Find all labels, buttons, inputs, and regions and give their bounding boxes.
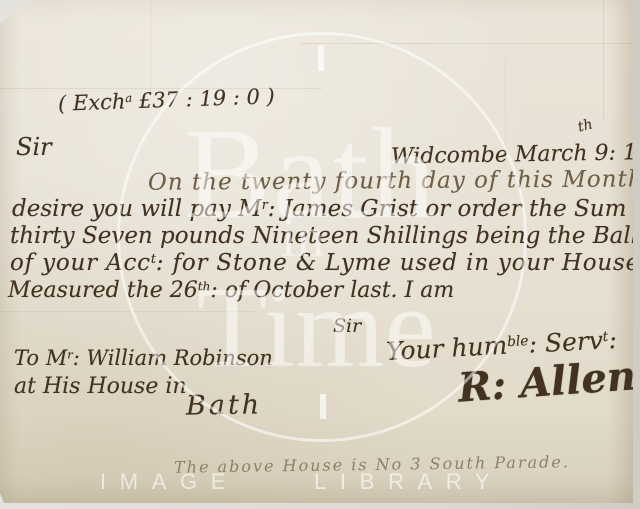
address-city: Bath [186,389,263,421]
watermark-bottom-tick [320,394,326,419]
fold-crease [150,0,151,92]
address-line: at His House in [14,374,187,399]
date-line: Widcombe March 9: 1743 [391,139,640,169]
letter-paper: ( Excha £37 : 19 : 0 ) Sir Widcombe Marc… [0,0,633,503]
body-line: On the twenty fourth day of this Month I [148,166,640,196]
scanned-letter-photo: { "document": { "exchequer_note": {"p1":… [0,0,640,509]
watermark-top-tick [318,45,324,71]
body-line: Measured the 26th: of October last. I am [8,278,454,303]
closing-sir: Sir [333,315,361,337]
salutation: Sir [16,133,52,161]
date-superscript: th [576,116,594,135]
fold-crease [603,0,604,120]
fold-crease [0,311,256,312]
postscript-note: The above House is No 3 South Parade. [174,452,570,477]
address-line: To Mr: William Robinson [14,346,273,370]
body-line: desire you will pay Mr: James Grist or o… [12,196,640,222]
fold-crease [300,43,633,44]
body-line: thirty Seven pounds Nineteen Shillings b… [10,223,640,249]
body-line: of your Acct: for Stone & Lyme used in y… [10,250,640,276]
